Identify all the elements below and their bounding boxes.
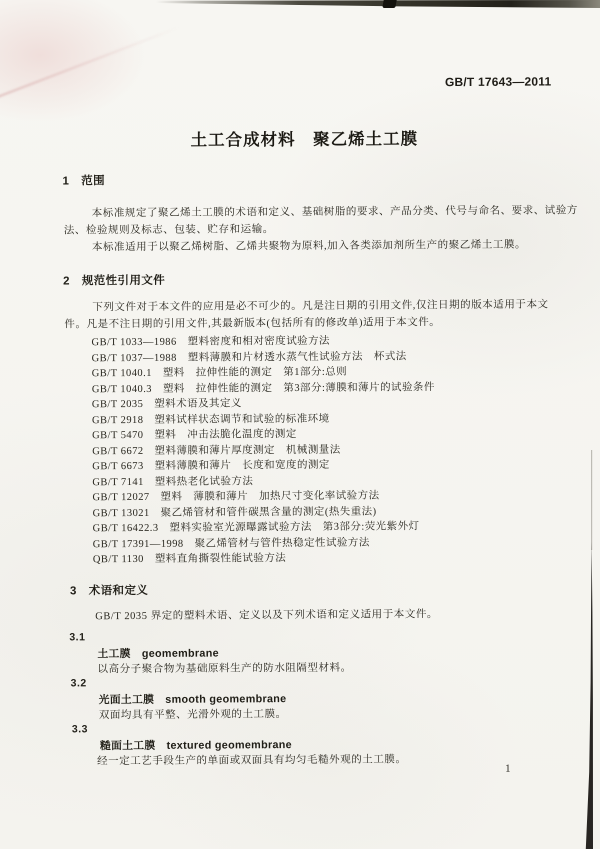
- term-name: 糙面土工膜 textured geomembrane: [100, 737, 292, 753]
- reference-item: GB/T 1037—1988 塑料薄膜和片材透水蒸气性试验方法 杯式法: [92, 349, 435, 367]
- term-definition: 以高分子聚合物为基础原料生产的防水阻隔型材料。: [97, 660, 351, 677]
- references-intro-line: 件。凡是不注日期的引用文件,其最新版本(包括所有的修改单)适用于本文件。: [64, 313, 564, 333]
- reference-item: GB/T 16422.3 塑料实验室光源曝露试验方法 第3部分:荧光紫外灯: [93, 519, 436, 537]
- reference-item: QB/T 1130 塑料直角撕裂性能试验方法: [93, 550, 436, 568]
- section-1-heading: 1 范围: [62, 172, 105, 188]
- references-intro-line: 下列文件对于本文件的应用是必不可少的。凡是注日期的引用文件,仅注日期的版本适用于…: [64, 296, 564, 316]
- standard-code: GB/T 17643—2011: [445, 74, 551, 89]
- scanned-page: GB/T 17643—2011 土工合成材料 聚乙烯土工膜 1 范围 本标准规定…: [0, 0, 600, 849]
- references-intro-paragraph: 下列文件对于本文件的应用是必不可少的。凡是注日期的引用文件,仅注日期的版本适用于…: [64, 296, 564, 333]
- reference-item: GB/T 1040.3 塑料 拉伸性能的测定 第3部分:薄膜和薄片的试验条件: [92, 380, 435, 398]
- terms-intro-paragraph: GB/T 2035 界定的塑料术语、定义以及下列术语和定义适用于本文件。: [67, 605, 567, 625]
- page-content: GB/T 17643—2011 土工合成材料 聚乙烯土工膜 1 范围 本标准规定…: [0, 0, 600, 849]
- term-definition: 双面均具有平整、光滑外观的土工膜。: [99, 706, 287, 722]
- term-number: 3.3: [72, 723, 88, 735]
- term-definition: 经一定工艺手段生产的单面或双面具有均匀毛糙外观的土工膜。: [97, 751, 406, 768]
- document-title: 土工合成材料 聚乙烯土工膜: [0, 124, 600, 152]
- scope-line: 本标准适用于以聚乙烯树脂、乙烯共聚物为原料,加入各类添加剂所生产的聚乙烯土工膜。: [64, 236, 564, 256]
- reference-list: GB/T 1033—1986 塑料密度和相对密度试验方法 GB/T 1037—1…: [91, 333, 435, 568]
- term-number: 3.1: [69, 631, 85, 643]
- term-name: 光面土工膜 smooth geomembrane: [99, 691, 287, 707]
- section-2-heading: 2 规范性引用文件: [63, 272, 165, 289]
- scope-line: 本标准规定了聚乙烯土工膜的术语和定义、基础树脂的要求、产品分类、代号与命名、要求…: [64, 202, 564, 222]
- scope-paragraph: 本标准规定了聚乙烯土工膜的术语和定义、基础树脂的要求、产品分类、代号与命名、要求…: [64, 202, 564, 256]
- term-number: 3.2: [71, 677, 87, 689]
- term-name: 土工膜 geomembrane: [97, 645, 219, 661]
- section-3-heading: 3 术语和定义: [70, 582, 148, 598]
- terms-intro-line: GB/T 2035 界定的塑料术语、定义以及下列术语和定义适用于本文件。: [67, 605, 567, 625]
- page-number: 1: [505, 763, 511, 775]
